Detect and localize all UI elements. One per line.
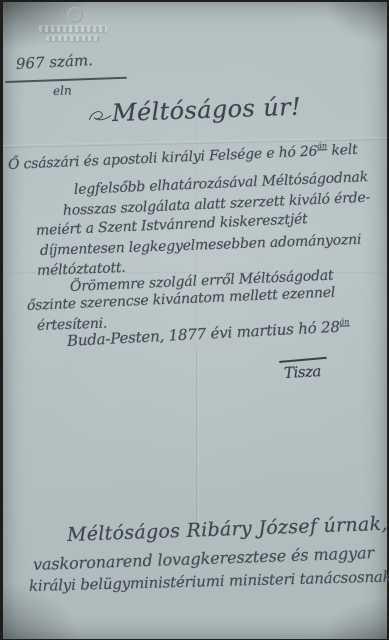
seal-text-row xyxy=(46,36,100,41)
salutation: Méltóságos úr! xyxy=(88,93,302,128)
filing-department: eln xyxy=(53,83,72,98)
body-line1-pre: Ő császári és apostoli királyi Felsége e… xyxy=(8,144,318,173)
salutation-text: Méltóságos úr! xyxy=(111,93,301,128)
photograph-of-letter: 967 szám. eln Méltóságos úr! Ő császári … xyxy=(0,0,389,640)
filing-underline xyxy=(5,77,127,83)
letter-paper: 967 szám. eln Méltóságos úr! Ő császári … xyxy=(3,2,387,639)
body-line1-post: kelt xyxy=(327,142,358,159)
seal-text-row xyxy=(39,26,107,32)
dateline-superscript: án xyxy=(339,317,349,327)
fold-crease-vertical xyxy=(196,350,199,530)
salutation-swash-icon xyxy=(88,107,113,124)
seal-emblem xyxy=(67,7,83,23)
signature: Tisza xyxy=(284,362,322,382)
body-line1-superscript: án xyxy=(317,141,327,150)
embossed-blind-seal-icon xyxy=(33,4,111,44)
address-line: Méltóságos Ribáry József úrnak, xyxy=(67,513,388,546)
dateline-text: Buda-Pesten, 1877 évi martius hó 28 xyxy=(67,318,341,350)
dateline: Buda-Pesten, 1877 évi martius hó 28án xyxy=(67,317,351,350)
filing-number: 967 szám. xyxy=(16,51,94,73)
